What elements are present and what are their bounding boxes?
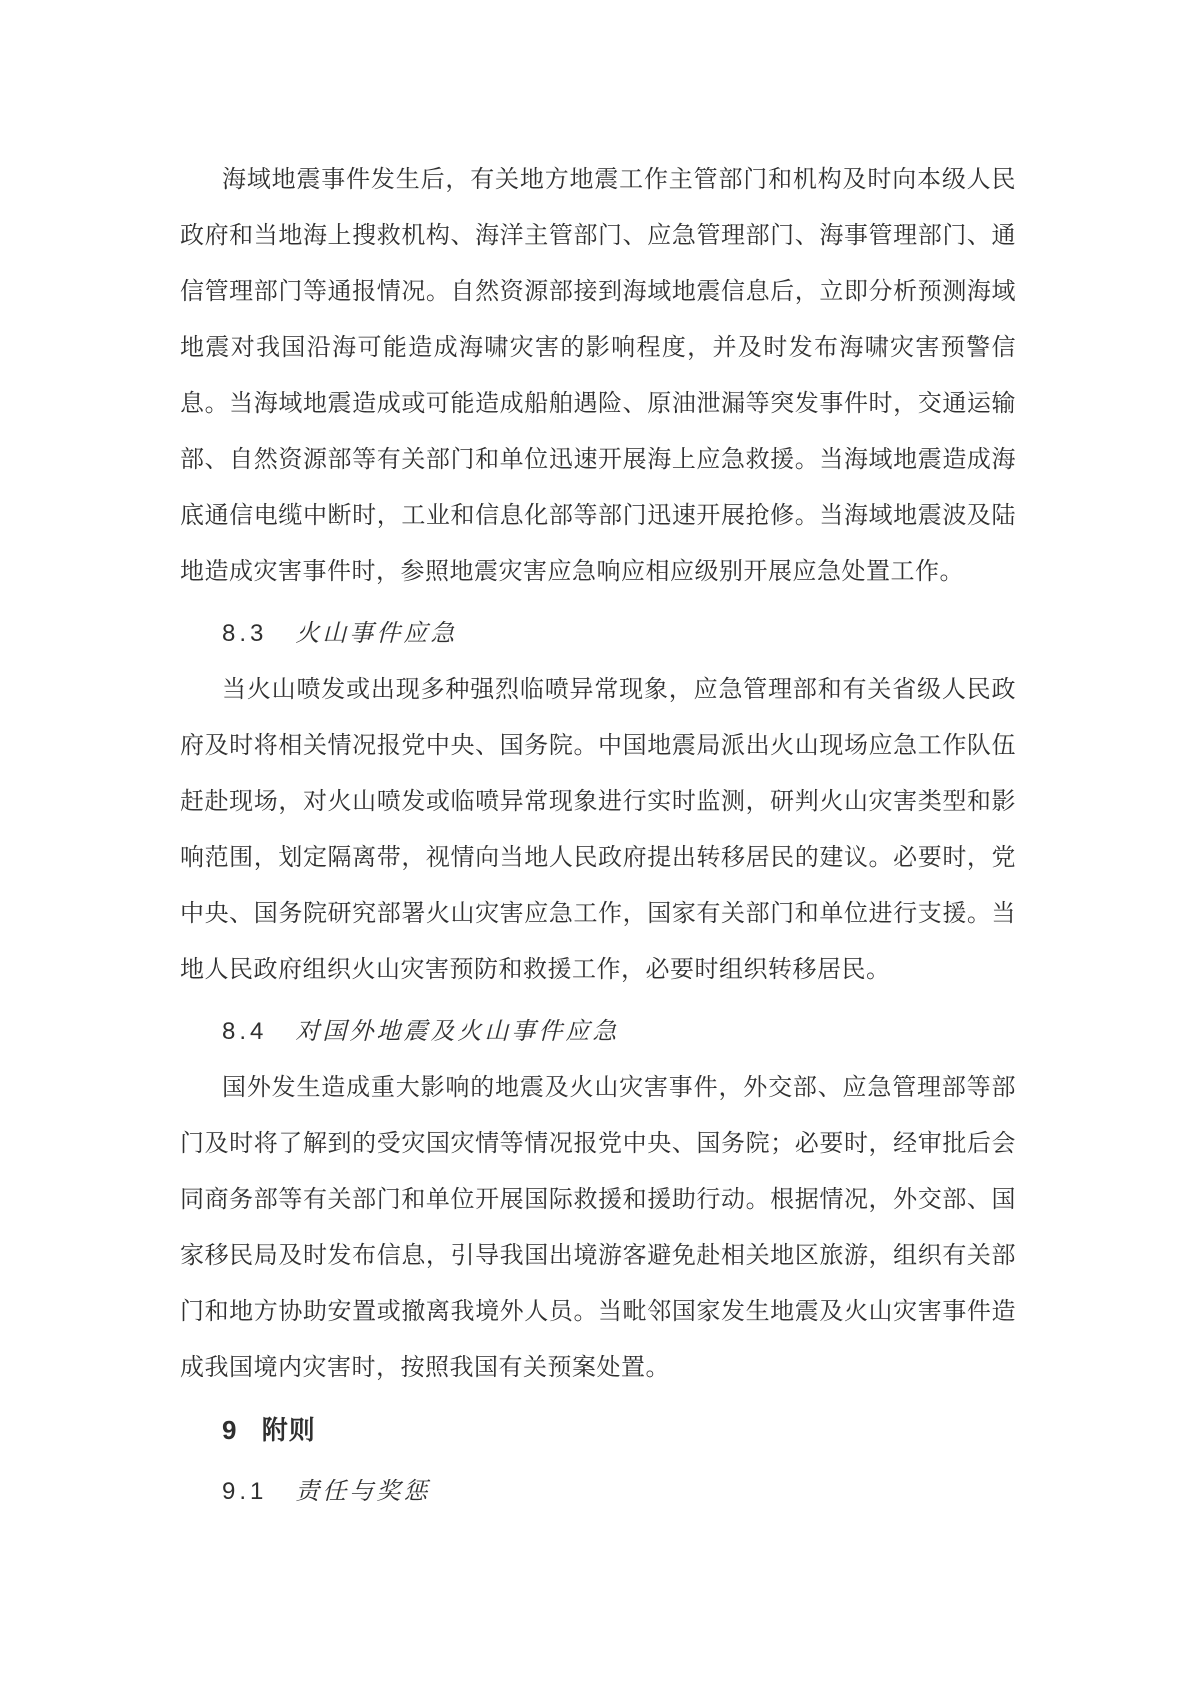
section-heading-8-4: 8.4 对国外地震及火山事件应急 — [180, 1004, 1016, 1060]
body-paragraph-sea-earthquake-response: 海域地震事件发生后，有关地方地震工作主管部门和机构及时向本级人民政府和当地海上搜… — [180, 152, 1016, 600]
section-heading-9-1-title: 责任与奖惩 — [295, 1479, 430, 1505]
chapter-heading-9-number: 9 — [222, 1402, 236, 1458]
chapter-heading-9-title: 附则 — [262, 1415, 316, 1445]
section-heading-9-1: 9.1 责任与奖惩 — [180, 1464, 1016, 1520]
chapter-heading-9: 9 附则 — [180, 1402, 1016, 1458]
body-paragraph-foreign-events-response: 国外发生造成重大影响的地震及火山灾害事件，外交部、应急管理部等部门及时将了解到的… — [180, 1060, 1016, 1396]
section-heading-8-3-title: 火山事件应急 — [295, 621, 457, 647]
body-paragraph-volcano-response: 当火山喷发或出现多种强烈临喷异常现象，应急管理部和有关省级人民政府及时将相关情况… — [180, 662, 1016, 998]
section-heading-9-1-number: 9.1 — [222, 1464, 267, 1520]
document-page: 海域地震事件发生后，有关地方地震工作主管部门和机构及时向本级人民政府和当地海上搜… — [0, 0, 1191, 1684]
section-heading-8-4-title: 对国外地震及火山事件应急 — [295, 1019, 619, 1045]
section-heading-8-4-number: 8.4 — [222, 1004, 267, 1060]
section-heading-8-3-number: 8.3 — [222, 606, 267, 662]
section-heading-8-3: 8.3 火山事件应急 — [180, 606, 1016, 662]
